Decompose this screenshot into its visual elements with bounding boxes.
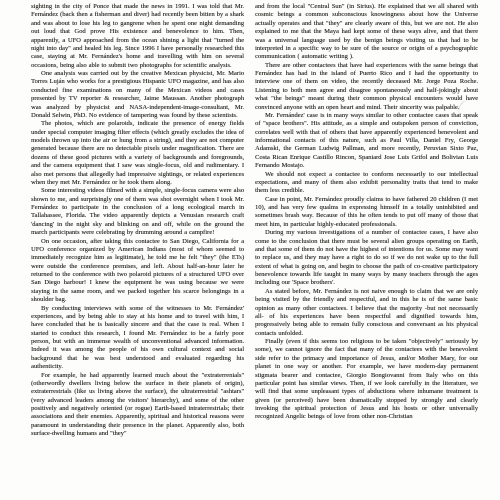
paragraph: The photos, which are polaroids, indicat…: [31, 120, 244, 187]
paragraph: Some interesting videos filmed with a si…: [31, 187, 244, 237]
paragraph: By conducting interviews with some of th…: [31, 305, 244, 372]
paragraph: On one occasion, after taking this conta…: [31, 238, 244, 305]
paragraph: Case in point, Mr. Fernández proudly cla…: [255, 196, 478, 230]
paragraph: and from the local "Central Sun" (in Sir…: [255, 3, 478, 62]
paragraph: For example, he had apparently learned m…: [31, 372, 244, 439]
paragraph: sighting in the city of Ponce that made …: [31, 3, 244, 70]
text-column-left: sighting in the city of Ponce that made …: [31, 3, 244, 500]
paragraph: Mr. Fernández' case is in many ways simi…: [255, 112, 478, 171]
scanned-document-page: sighting in the city of Ponce that made …: [0, 0, 500, 500]
paragraph: One analysis was carried out by the crea…: [31, 70, 244, 120]
text-column-right: and from the local "Central Sun" (in Sir…: [255, 3, 478, 500]
paragraph: There are other contactees that have had…: [255, 62, 478, 112]
paragraph: As stated before, Mr. Fernández is not n…: [255, 288, 478, 338]
paragraph: During my various investigations of a nu…: [255, 229, 478, 288]
paragraph: Finally (even if this seems too religiou…: [255, 338, 478, 422]
paragraph: We should not expect a contactee to conf…: [255, 171, 478, 196]
